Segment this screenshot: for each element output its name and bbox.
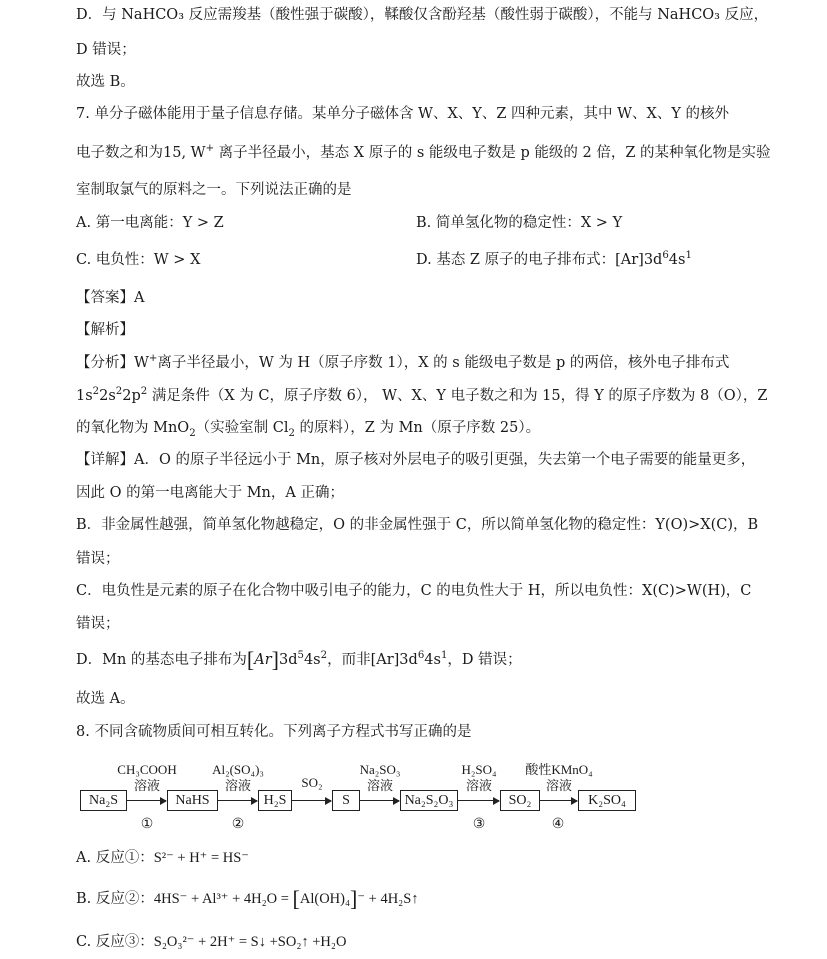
q8-option-c: C. 反应③：S₂O₃²⁻ + 2H⁺ = S↓ +SO₂↑ +H₂O <box>76 932 346 952</box>
reagent-1-top: CH₃COOH <box>107 762 187 778</box>
step-3: ③ <box>467 816 491 832</box>
reagent-6-top: 酸性KMnO₄ <box>514 762 604 778</box>
q8-option-c-label: C. 反应③： <box>76 934 154 950</box>
reagent-6-bottom: 溶液 <box>519 778 599 794</box>
reagent-2-bottom: 溶液 <box>198 778 278 794</box>
q8-option-a-equation: S²⁻ + H⁺ = HS⁻ <box>154 850 249 866</box>
q7-option-d: D. 基态 Z 原子的电子排布式：[Ar]3d64s1 <box>416 250 692 270</box>
q8-option-a: A. 反应①：S²⁻ + H⁺ = HS⁻ <box>76 848 249 868</box>
q7-xiangjie-c-line-2: 错误； <box>76 614 120 634</box>
step-1: ① <box>135 816 159 832</box>
q7-fenxi-line-3: 的氧化物为 MnO2（实验室制 Cl2 的原料），Z 为 Mn（原子序数 25）… <box>76 418 540 438</box>
arrow-2 <box>218 800 257 801</box>
q7-xiangjie-d: D．Mn 的基态电子排布为[Ar]3d54s2，而非[Ar]3d64s1，D 错… <box>76 650 522 670</box>
step-2: ② <box>226 816 250 832</box>
arrow-1 <box>127 800 166 801</box>
fenxi-1c: 离子半径最小，W 为 H（原子序数 1），X 的 s 能级电子数是 p 的两倍，… <box>157 355 729 371</box>
fenxi-1a: 【分析】W <box>76 355 149 371</box>
prev-option-d-analysis-1: D．与 NaHCO₃ 反应需羧基（酸性强于碳酸），鞣酸仅含酚羟基（酸性弱于碳酸）… <box>76 5 768 25</box>
arrow-3 <box>292 800 331 801</box>
fenxi-3c: 的原料），Z 为 Mn（原子序数 25）。 <box>295 420 540 436</box>
q7-option-d-pre: D. 基态 Z 原子的电子排布式：[Ar]3d <box>416 252 662 268</box>
right-bracket: ] <box>272 647 279 672</box>
fenxi-2b: 2s <box>99 388 116 404</box>
q7-fenxi-line-2: 1s22s22p2 满足条件（X 为 C，原子序数 6）， W、X、Y 电子数之… <box>76 386 767 406</box>
fenxi-3b: （实验室制 Cl <box>196 420 289 436</box>
fenxi-2c: 2p <box>122 388 141 404</box>
xiangjie-d-ar: Ar <box>254 652 271 668</box>
xiangjie-d-c: 4s <box>304 652 321 668</box>
q7-fenxi-line-1: 【分析】W+离子半径最小，W 为 H（原子序数 1），X 的 s 能级电子数是 … <box>76 353 729 373</box>
fenxi-2a: 1s <box>76 388 93 404</box>
q7-option-b: B. 简单氢化物的稳定性：X > Y <box>416 213 622 233</box>
q7-option-c: C. 电负性：W > X <box>76 250 200 270</box>
q7-xiangjie-a-line-1: 【详解】A．O 的原子半径远小于 Mn，原子核对外层电子的吸引更强，失去第一个电… <box>76 450 755 470</box>
q7-stem-2c: 离子半径最小，基态 X 原子的 s 能级电子数是 p 能级的 2 倍，Z 的某种… <box>214 145 770 161</box>
q7-option-d-mid: 4s <box>669 252 686 268</box>
xiangjie-d-b: 3d <box>279 652 298 668</box>
q7-stem-2a: 电子数之和为15, W <box>76 145 206 161</box>
fenxi-2d: 满足条件（X 为 C，原子序数 6）， W、X、Y 电子数之和为 15，得 Y … <box>147 388 767 404</box>
q7-xiangjie-c-line-1: C．电负性是元素的原子在化合物中吸引电子的能力，C 的电负性大于 H，所以电负性… <box>76 581 751 601</box>
q8-option-b-eq-c: ⁻ + 4H₂S↑ <box>357 891 418 907</box>
q8-option-a-label: A. 反应①： <box>76 850 154 866</box>
q7-xiangjie-b-line-1: B．非金属性越强，简单氢化物越稳定，O 的非金属性强于 C，所以简单氢化物的稳定… <box>76 515 758 535</box>
arrow-6 <box>540 800 577 801</box>
arrow-4 <box>360 800 399 801</box>
xiangjie-d-d: ，而非[Ar]3d <box>327 652 418 668</box>
prev-conclusion: 故选 B。 <box>76 72 135 92</box>
q7-stem-line-2: 电子数之和为15, W+ 离子半径最小，基态 X 原子的 s 能级电子数是 p … <box>76 143 771 163</box>
q7-analysis-label: 【解析】 <box>76 320 134 340</box>
reagent-4-bottom: 溶液 <box>340 778 420 794</box>
step-4: ④ <box>546 816 570 832</box>
q7-xiangjie-b-line-2: 错误； <box>76 549 120 569</box>
q7-conclusion: 故选 A。 <box>76 689 135 709</box>
arrow-5 <box>458 800 499 801</box>
q8-option-b-label: B. 反应②： <box>76 891 154 907</box>
q7-stem-line-3: 室制取氯气的原料之一。下列说法正确的是 <box>76 180 352 200</box>
reagent-4-top: Na₂SO₃ <box>340 762 420 778</box>
q7-stem-line-1: 7. 单分子磁体能用于量子信息存储。某单分子磁体含 W、X、Y、Z 四种元素，其… <box>76 104 729 124</box>
fenxi-3a: 的氧化物为 MnO <box>76 420 189 436</box>
q7-stem-2-sup: + <box>206 143 214 154</box>
xiangjie-d-e: 4s <box>424 652 441 668</box>
left-bracket: [ <box>293 886 300 911</box>
reagent-5-top: H₂SO₄ <box>439 762 519 778</box>
q8-option-c-equation: S₂O₃²⁻ + 2H⁺ = S↓ +SO₂↑ +H₂O <box>154 934 347 950</box>
q8-stem: 8. 不同含硫物质间可相互转化。下列离子方程式书写正确的是 <box>76 722 471 742</box>
xiangjie-d-f: ，D 错误； <box>447 652 521 668</box>
q7-answer: 【答案】A <box>76 288 144 308</box>
xiangjie-d-a: D．Mn 的基态电子排布为 <box>76 652 247 668</box>
reagent-2-top: Al₂(SO₄)₃ <box>198 762 278 778</box>
q8-option-b-eq-a: 4HS⁻ + Al³⁺ + 4H₂O = <box>154 891 293 907</box>
q8-option-b: B. 反应②：4HS⁻ + Al³⁺ + 4H₂O = [Al(OH)₄]⁻ +… <box>76 889 419 909</box>
q7-option-a: A. 第一电离能：Y > Z <box>76 213 224 233</box>
prev-option-d-analysis-2: D 错误； <box>76 40 136 60</box>
q7-option-d-sup2: 1 <box>685 250 691 261</box>
q8-option-b-eq-b: Al(OH)₄ <box>300 891 350 907</box>
reagent-1-bottom: 溶液 <box>107 778 187 794</box>
q7-xiangjie-a-line-2: 因此 O 的第一电离能大于 Mn，A 正确； <box>76 483 344 503</box>
reagent-5-bottom: 溶液 <box>439 778 519 794</box>
